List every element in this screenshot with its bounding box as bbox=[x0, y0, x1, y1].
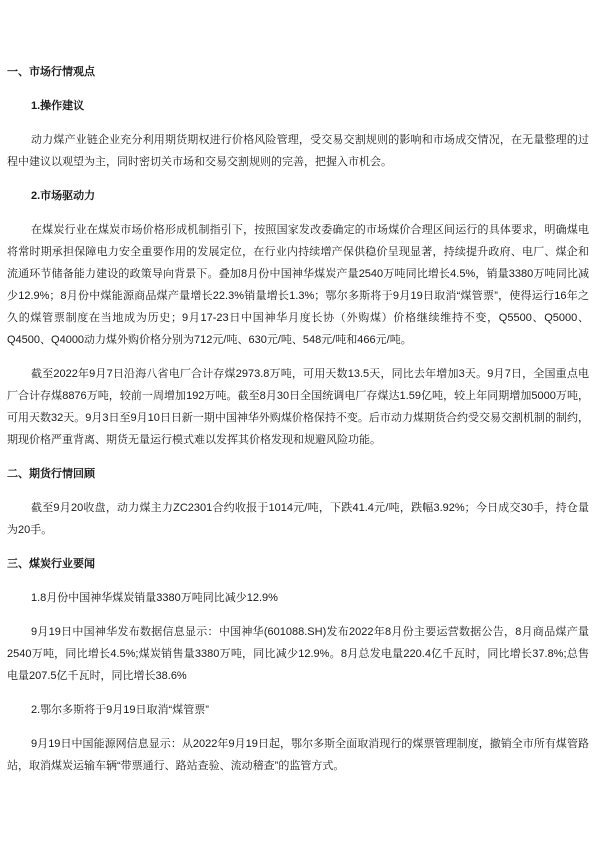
para-news-item-1: 9月19日中国神华发布数据信息显示：中国神华(601088.SH)发布2022年… bbox=[7, 621, 589, 687]
para-operation-advice: 动力煤产业链企业充分利用期货期权进行价格风险管理，受交易交割规则的影响和市场成交… bbox=[7, 129, 589, 173]
para-market-drivers: 在煤炭行业在煤炭市场价格形成机制指引下，按照国家发改委确定的市场煤价合理区间运行… bbox=[7, 219, 589, 351]
document-page: 一、市场行情观点 1.操作建议 动力煤产业链企业充分利用期货期权进行价格风险管理… bbox=[0, 0, 595, 842]
para-inventory-data: 截至2022年9月7日沿海八省电厂合计存煤2973.8万吨，可用天数13.5天，… bbox=[7, 363, 589, 451]
heading-market-outlook: 一、市场行情观点 bbox=[7, 61, 589, 83]
para-news-item-2: 9月19日中国能源网信息显示：从2022年9月19日起，鄂尔多斯全面取消现行的煤… bbox=[7, 733, 589, 777]
heading-industry-news: 三、煤炭行业要闻 bbox=[7, 553, 589, 575]
para-futures-review: 截至9月20收盘，动力煤主力ZC2301合约收报于1014元/吨，下跌41.4元… bbox=[7, 497, 589, 541]
subheading-operation-advice: 1.操作建议 bbox=[7, 95, 589, 117]
news-item-1-title: 1.8月份中国神华煤炭销量3380万吨同比减少12.9% bbox=[7, 587, 589, 609]
subheading-market-drivers: 2.市场驱动力 bbox=[7, 185, 589, 207]
heading-futures-review: 二、期货行情回顾 bbox=[7, 463, 589, 485]
news-item-2-title: 2.鄂尔多斯将于9月19日取消“煤管票” bbox=[7, 699, 589, 721]
